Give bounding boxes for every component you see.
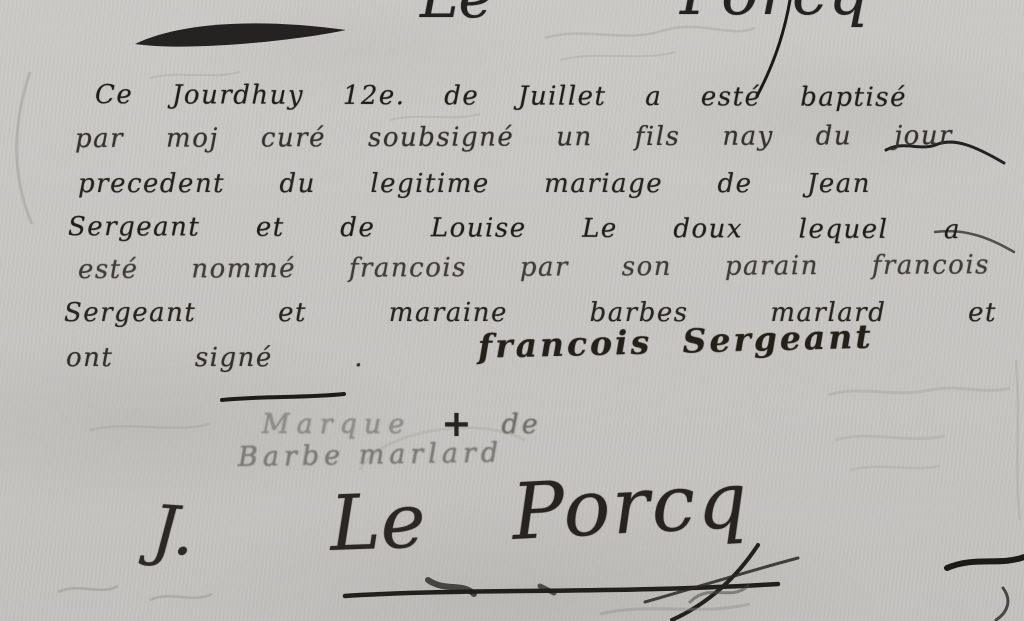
marque-de-word: de xyxy=(501,411,540,438)
signature-francois-sergeant: francois Sergeant xyxy=(478,320,874,363)
cutoff-signature-le: Le xyxy=(420,0,493,26)
record-line-5: esté nommé francois par son parain franc… xyxy=(78,252,990,283)
ink-blot xyxy=(135,23,346,46)
cross-mark-icon: + xyxy=(441,406,471,442)
manuscript-page: Le Porcq Ce Jourdhuy 12e. de Juillet a e… xyxy=(0,0,1024,621)
priest-signature-le: Le xyxy=(329,483,427,562)
marque-word: Marque xyxy=(262,411,411,438)
priest-signature-porcq: Porcq xyxy=(510,462,751,552)
cutoff-signature-porcq: Porcq xyxy=(680,0,871,24)
record-line-3: precedent du legitime mariage de Jean xyxy=(78,171,871,197)
paraph-stroke xyxy=(345,584,778,596)
record-line-1: Ce Jourdhuy 12e. de Juillet a esté bapti… xyxy=(95,82,907,111)
record-line-2: par moj curé soubsigné un fils nay du jo… xyxy=(75,123,953,152)
record-line-7: ont signé . xyxy=(66,345,364,371)
priest-signature-initial: J. xyxy=(150,497,197,566)
godmother-mark-name: Barbe marlard xyxy=(238,439,504,471)
underline-stroke xyxy=(222,394,344,400)
record-line-4: Sergeant et de Louise Le doux lequel a xyxy=(68,214,961,243)
